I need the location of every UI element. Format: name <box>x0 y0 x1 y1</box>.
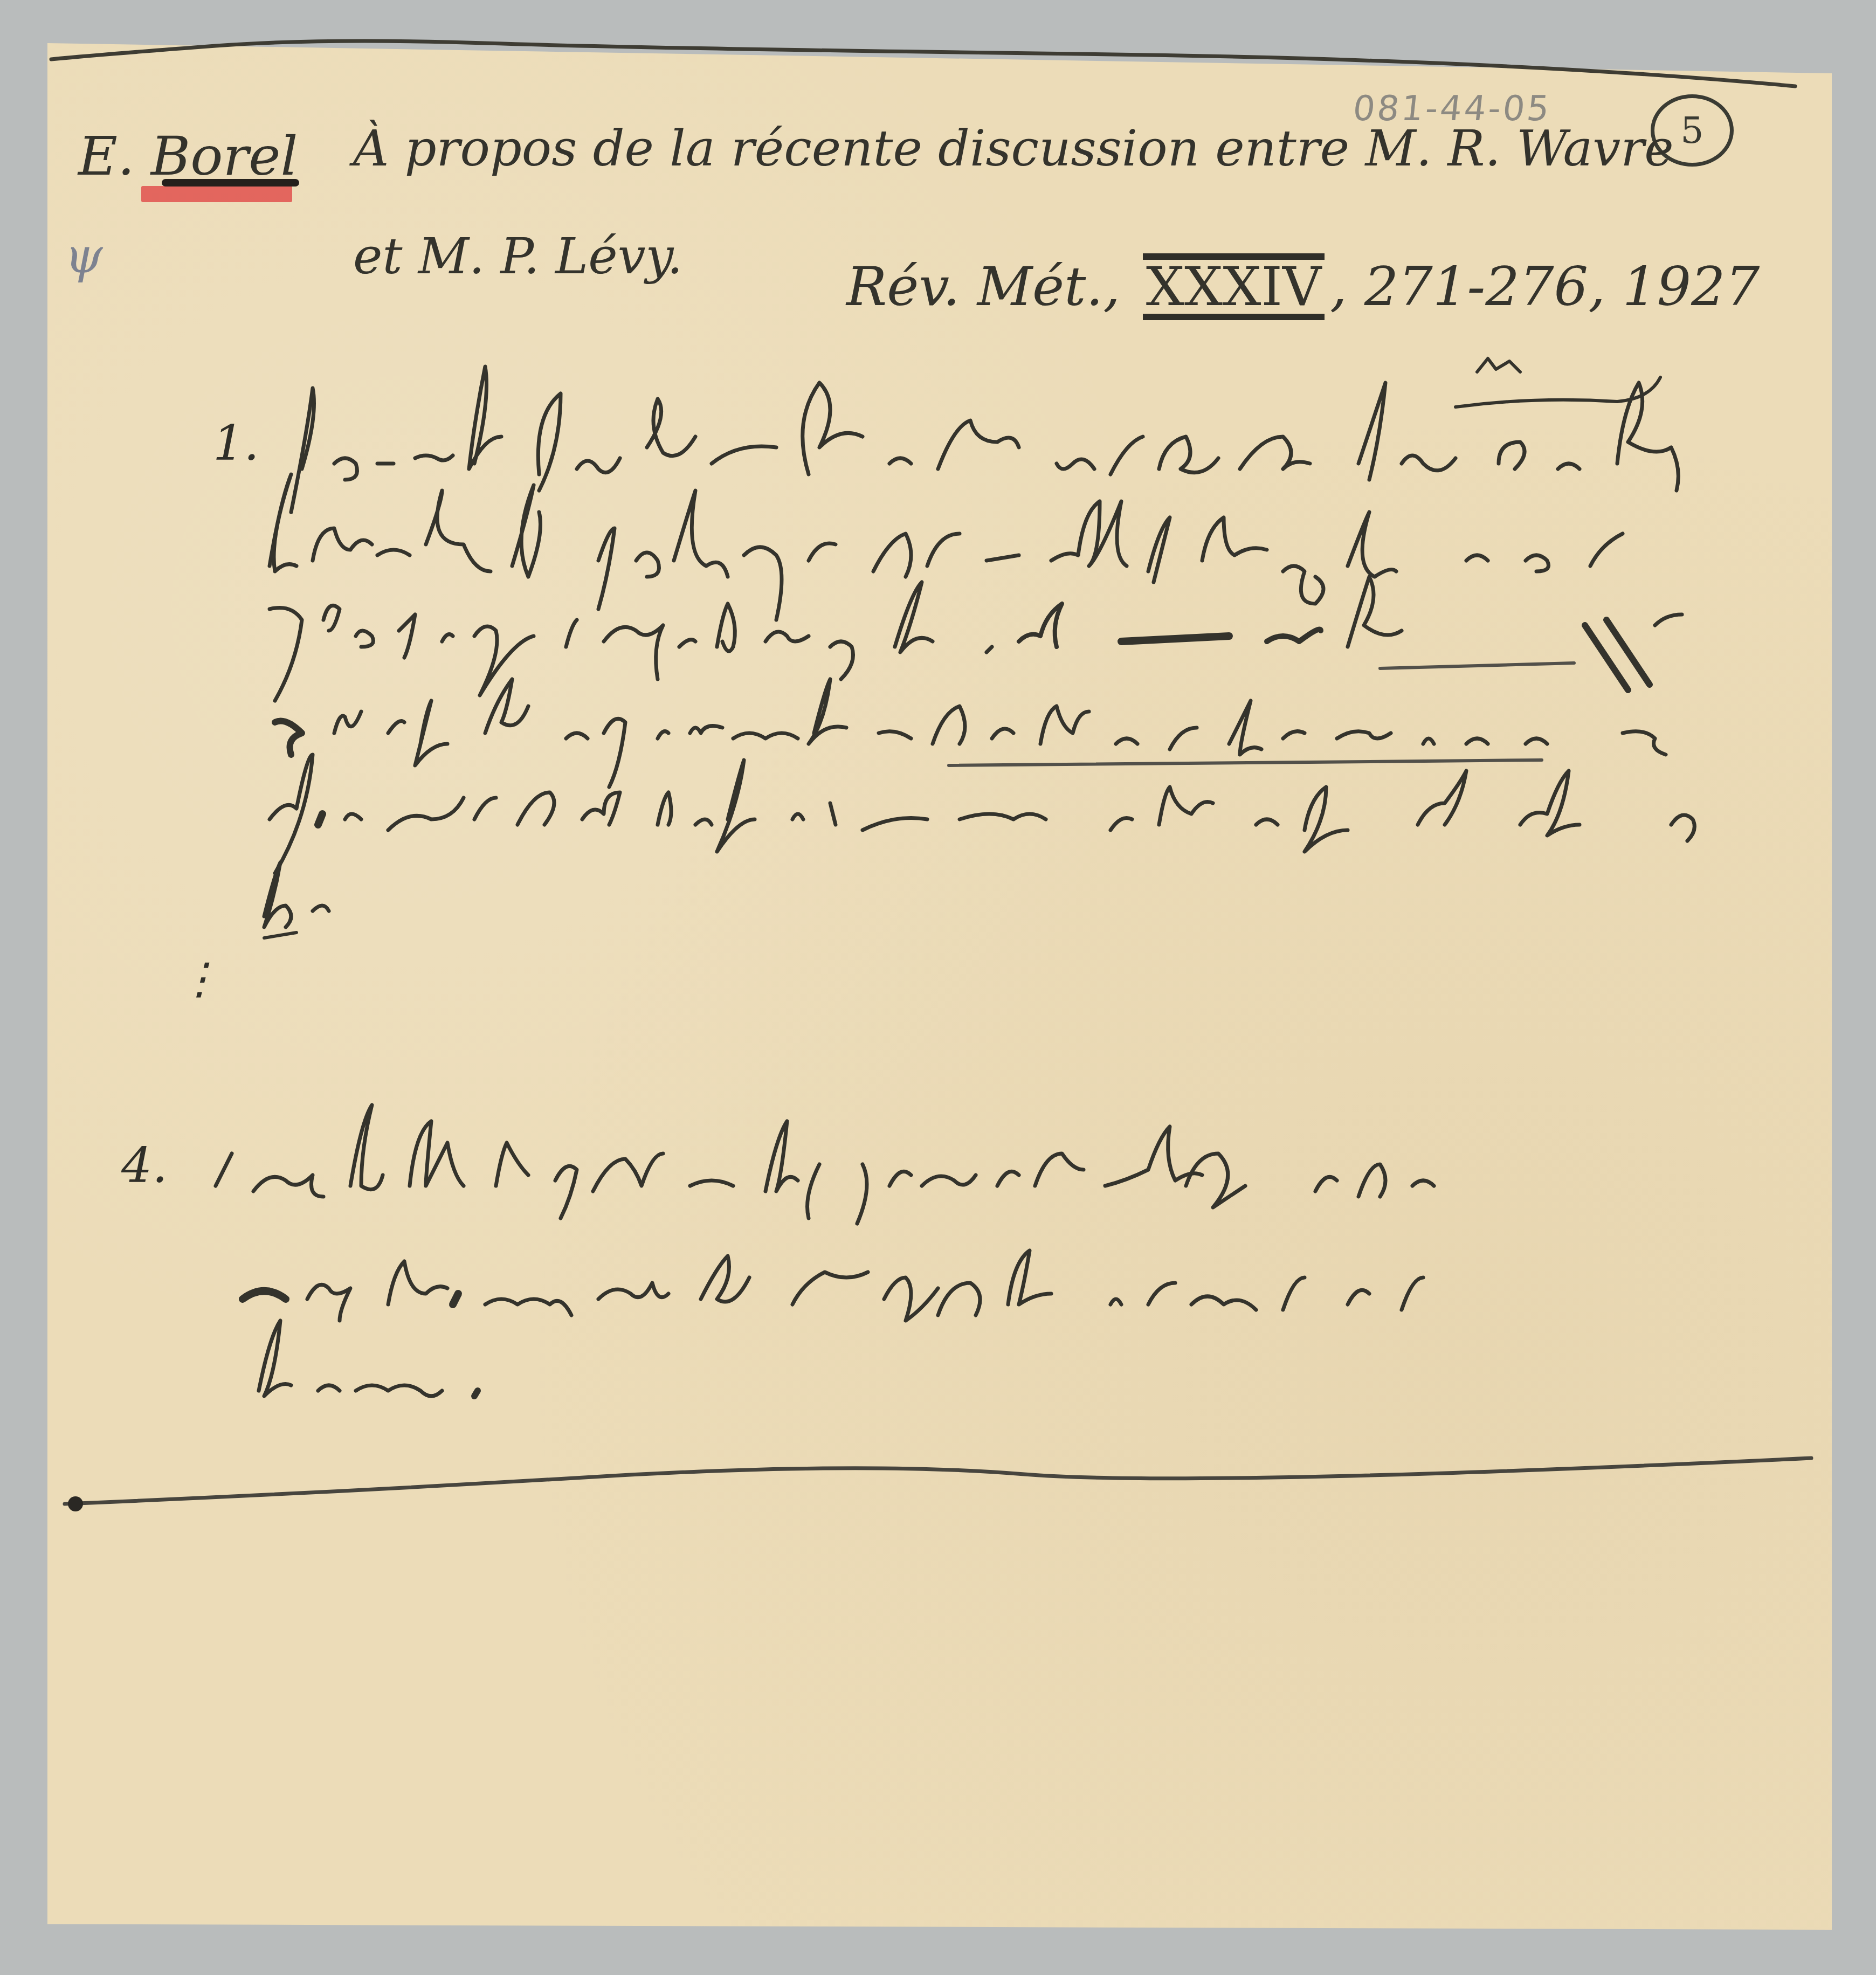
shorthand-strokes <box>0 0 1876 1975</box>
